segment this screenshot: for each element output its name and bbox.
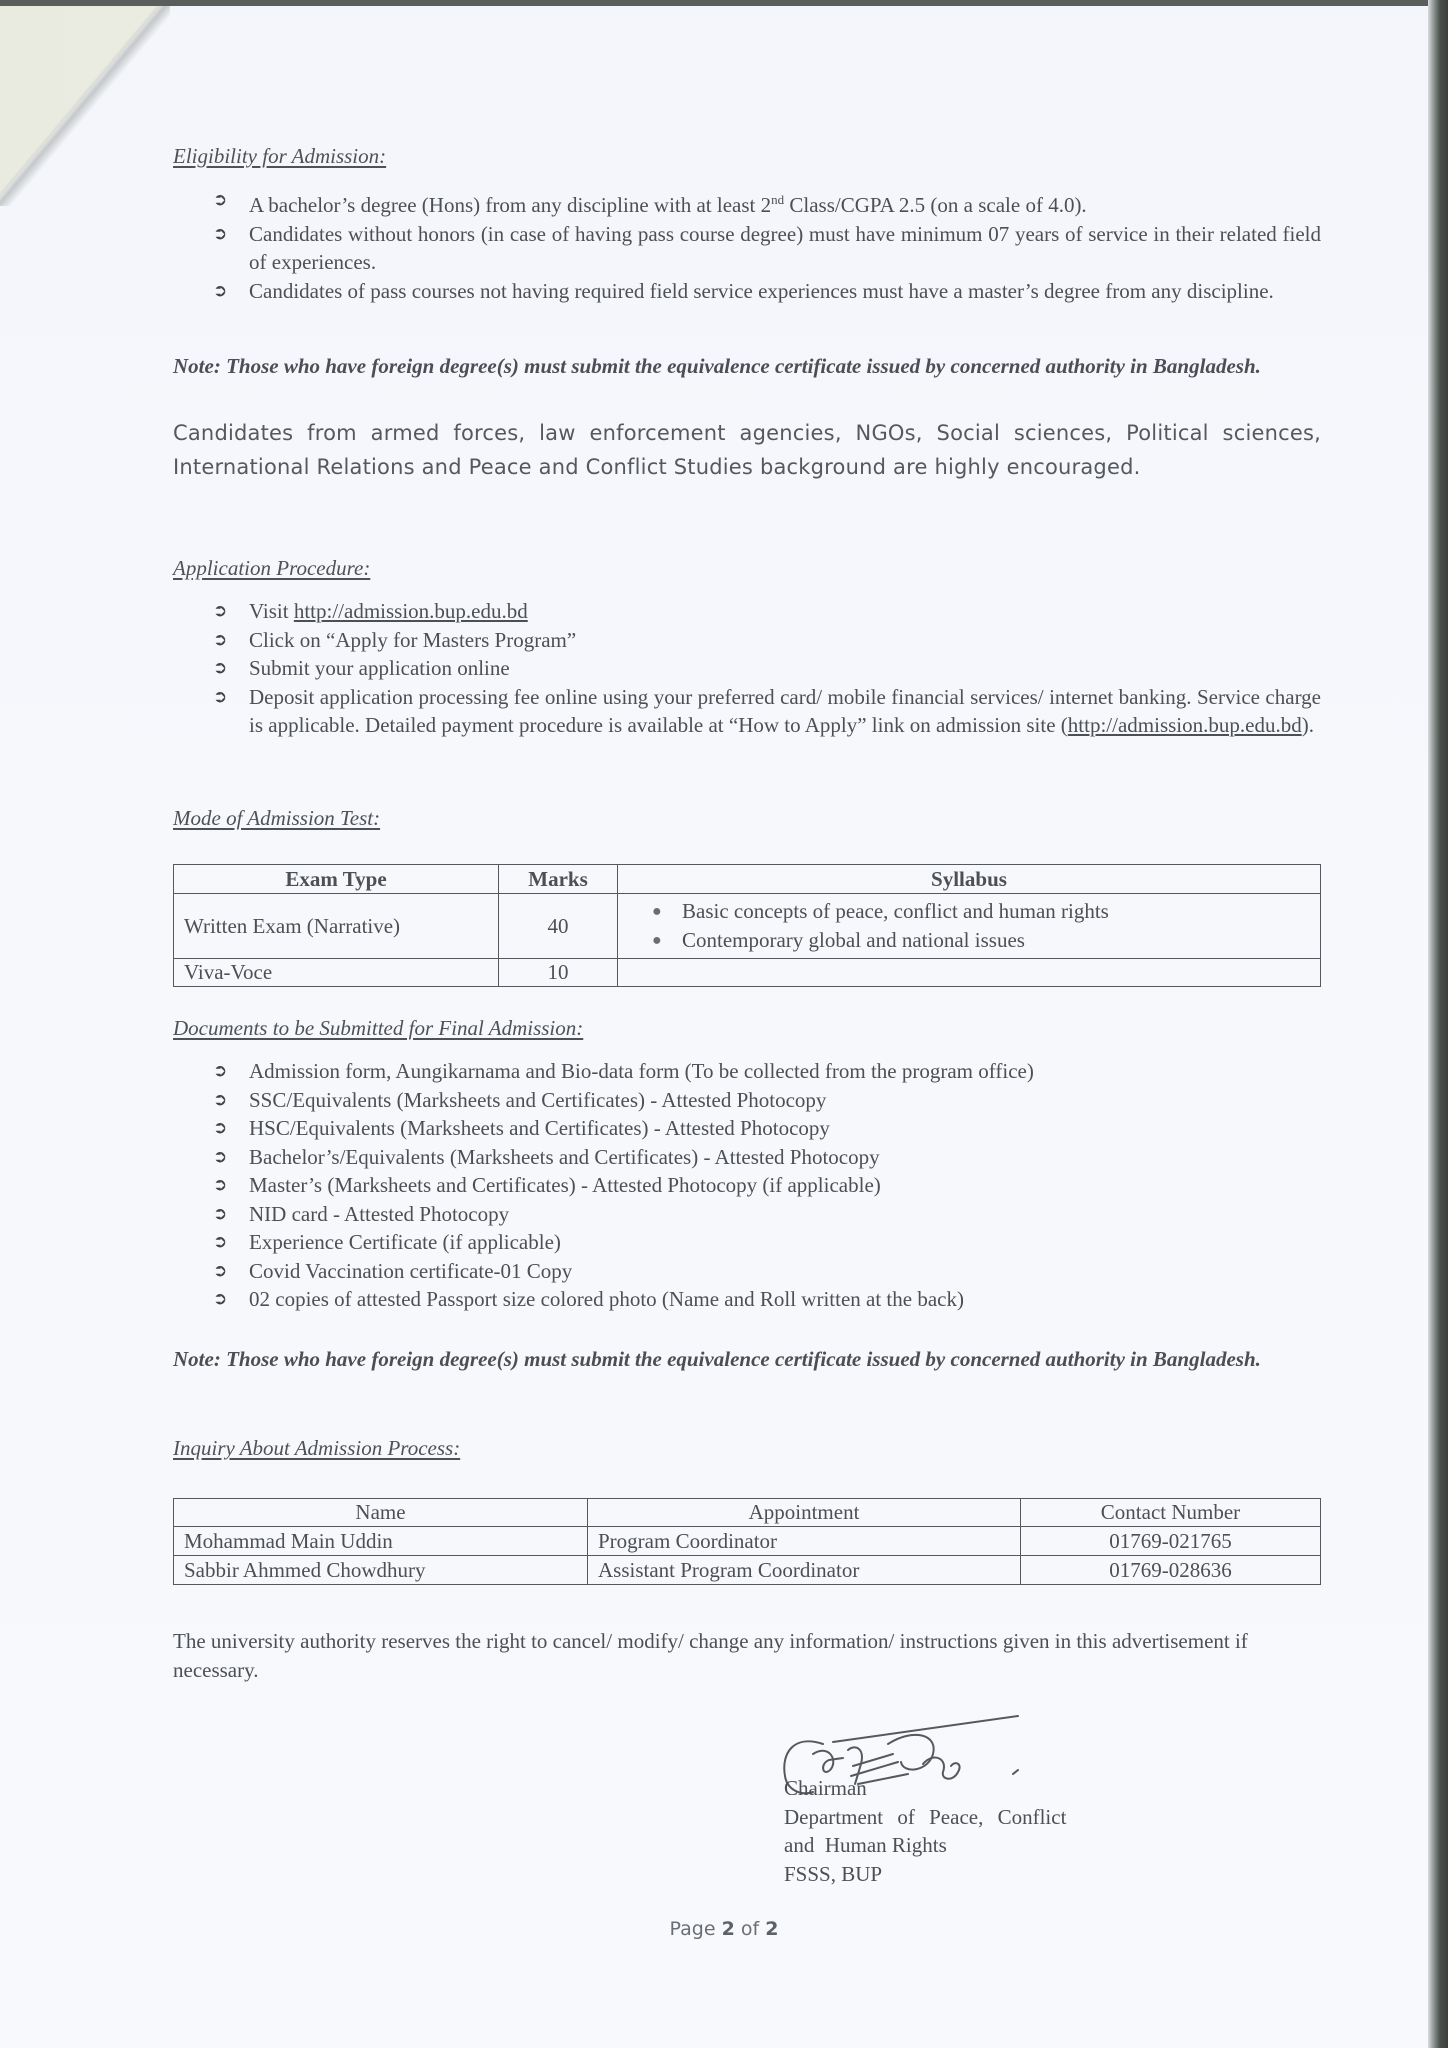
- appointment-cell: Assistant Program Coordinator: [588, 1556, 1021, 1585]
- arrow-bullet-icon: ➲: [213, 1086, 227, 1115]
- list-item: ➲Admission form, Aungikarnama and Bio-da…: [213, 1057, 1321, 1086]
- contact-name-cell: Mohammad Main Uddin: [174, 1527, 588, 1556]
- arrow-bullet-icon: ➲: [213, 1143, 227, 1172]
- arrow-bullet-icon: ➲: [213, 186, 227, 215]
- column-header: Appointment: [588, 1499, 1021, 1527]
- list-item: ➲02 copies of attested Passport size col…: [213, 1285, 1321, 1314]
- documents-heading: Documents to be Submitted for Final Admi…: [173, 1016, 583, 1041]
- arrow-bullet-icon: ➲: [213, 626, 227, 655]
- arrow-bullet-icon: ➲: [213, 683, 227, 712]
- documents-list: ➲Admission form, Aungikarnama and Bio-da…: [213, 1057, 1321, 1314]
- appointment-cell: Program Coordinator: [588, 1527, 1021, 1556]
- document-page: Eligibility for Admission: ➲ A bachelor’…: [0, 6, 1428, 2048]
- scanner-edge-right: [1428, 0, 1448, 2048]
- column-header: Name: [174, 1499, 588, 1527]
- list-item: ➲ Submit your application online: [213, 654, 1321, 683]
- list-item: ➲Experience Certificate (if applicable): [213, 1228, 1321, 1257]
- arrow-bullet-icon: ➲: [213, 597, 227, 626]
- list-item: ➲Master’s (Marksheets and Certificates) …: [213, 1171, 1321, 1200]
- faculty-line: FSSS, BUP: [784, 1860, 1066, 1889]
- list-item: ➲ A bachelor’s degree (Hons) from any di…: [213, 186, 1321, 220]
- eligibility-list: ➲ A bachelor’s degree (Hons) from any di…: [213, 186, 1321, 305]
- admission-test-table: Exam Type Marks Syllabus Written Exam (N…: [173, 864, 1321, 987]
- foreign-degree-note: Note: Those who have foreign degree(s) m…: [173, 352, 1321, 381]
- application-steps: ➲ Visit http://admission.bup.edu.bd ➲ Cl…: [213, 597, 1321, 740]
- list-item: ➲NID card - Attested Photocopy: [213, 1200, 1321, 1229]
- syllabus-item: ●Contemporary global and national issues: [652, 926, 1310, 955]
- list-item: ➲HSC/Equivalents (Marksheets and Certifi…: [213, 1114, 1321, 1143]
- marks-cell: 40: [499, 894, 618, 959]
- table-row: Written Exam (Narrative) 40 ●Basic conce…: [174, 894, 1321, 959]
- list-item: ➲ Visit http://admission.bup.edu.bd: [213, 597, 1321, 626]
- list-item: ➲ Deposit application processing fee onl…: [213, 683, 1321, 740]
- bullet-dot-icon: ●: [652, 897, 662, 926]
- signatory-title: Chairman: [784, 1774, 1066, 1803]
- admission-site-link-2[interactable]: http://admission.bup.edu.bd: [1068, 713, 1302, 737]
- exam-type-cell: Written Exam (Narrative): [174, 894, 499, 959]
- arrow-bullet-icon: ➲: [213, 654, 227, 683]
- bullet-dot-icon: ●: [652, 926, 662, 955]
- admission-site-link[interactable]: http://admission.bup.edu.bd: [294, 599, 528, 623]
- column-header: Syllabus: [618, 865, 1321, 894]
- syllabus-cell: ●Basic concepts of peace, conflict and h…: [618, 894, 1321, 959]
- arrow-bullet-icon: ➲: [213, 1171, 227, 1200]
- arrow-bullet-icon: ➲: [213, 1228, 227, 1257]
- column-header: Marks: [499, 865, 618, 894]
- application-heading: Application Procedure:: [173, 556, 370, 581]
- column-header: Contact Number: [1021, 1499, 1321, 1527]
- arrow-bullet-icon: ➲: [213, 1257, 227, 1286]
- contact-number-cell: 01769-028636: [1021, 1556, 1321, 1585]
- list-item: ➲ Click on “Apply for Masters Program”: [213, 626, 1321, 655]
- eligibility-heading: Eligibility for Admission:: [173, 144, 386, 169]
- page-number: Page 2 of 2: [0, 1918, 1448, 1940]
- encouraged-backgrounds: Candidates from armed forces, law enforc…: [173, 416, 1321, 484]
- inquiry-heading: Inquiry About Admission Process:: [173, 1436, 460, 1461]
- inquiry-table: Name Appointment Contact Number Mohammad…: [173, 1498, 1321, 1585]
- contact-number-cell: 01769-021765: [1021, 1527, 1321, 1556]
- arrow-bullet-icon: ➲: [213, 220, 227, 249]
- marks-cell: 10: [499, 959, 618, 987]
- column-header: Exam Type: [174, 865, 499, 894]
- table-header-row: Name Appointment Contact Number: [174, 1499, 1321, 1527]
- syllabus-list: ●Basic concepts of peace, conflict and h…: [628, 897, 1310, 955]
- foreign-degree-note-2: Note: Those who have foreign degree(s) m…: [173, 1345, 1321, 1374]
- arrow-bullet-icon: ➲: [213, 1200, 227, 1229]
- syllabus-cell: [618, 959, 1321, 987]
- disclaimer-text: The university authority reserves the ri…: [173, 1627, 1321, 1685]
- table-row: Mohammad Main Uddin Program Coordinator …: [174, 1527, 1321, 1556]
- department-line: Department of Peace, Conflict: [784, 1803, 1066, 1832]
- list-item: ➲Covid Vaccination certificate-01 Copy: [213, 1257, 1321, 1286]
- syllabus-item: ●Basic concepts of peace, conflict and h…: [652, 897, 1310, 926]
- list-item: ➲SSC/Equivalents (Marksheets and Certifi…: [213, 1086, 1321, 1115]
- table-row: Sabbir Ahmmed Chowdhury Assistant Progra…: [174, 1556, 1321, 1585]
- signatory-block: Chairman Department of Peace, Conflict a…: [784, 1774, 1066, 1888]
- contact-name-cell: Sabbir Ahmmed Chowdhury: [174, 1556, 588, 1585]
- list-item: ➲ Candidates without honors (in case of …: [213, 220, 1321, 277]
- admission-test-heading: Mode of Admission Test:: [173, 806, 380, 831]
- arrow-bullet-icon: ➲: [213, 1114, 227, 1143]
- arrow-bullet-icon: ➲: [213, 1057, 227, 1086]
- arrow-bullet-icon: ➲: [213, 1285, 227, 1314]
- list-item: ➲ Candidates of pass courses not having …: [213, 277, 1321, 306]
- table-header-row: Exam Type Marks Syllabus: [174, 865, 1321, 894]
- arrow-bullet-icon: ➲: [213, 277, 227, 306]
- list-item: ➲Bachelor’s/Equivalents (Marksheets and …: [213, 1143, 1321, 1172]
- department-line: and Human Rights: [784, 1831, 1066, 1860]
- table-row: Viva-Voce 10: [174, 959, 1321, 987]
- exam-type-cell: Viva-Voce: [174, 959, 499, 987]
